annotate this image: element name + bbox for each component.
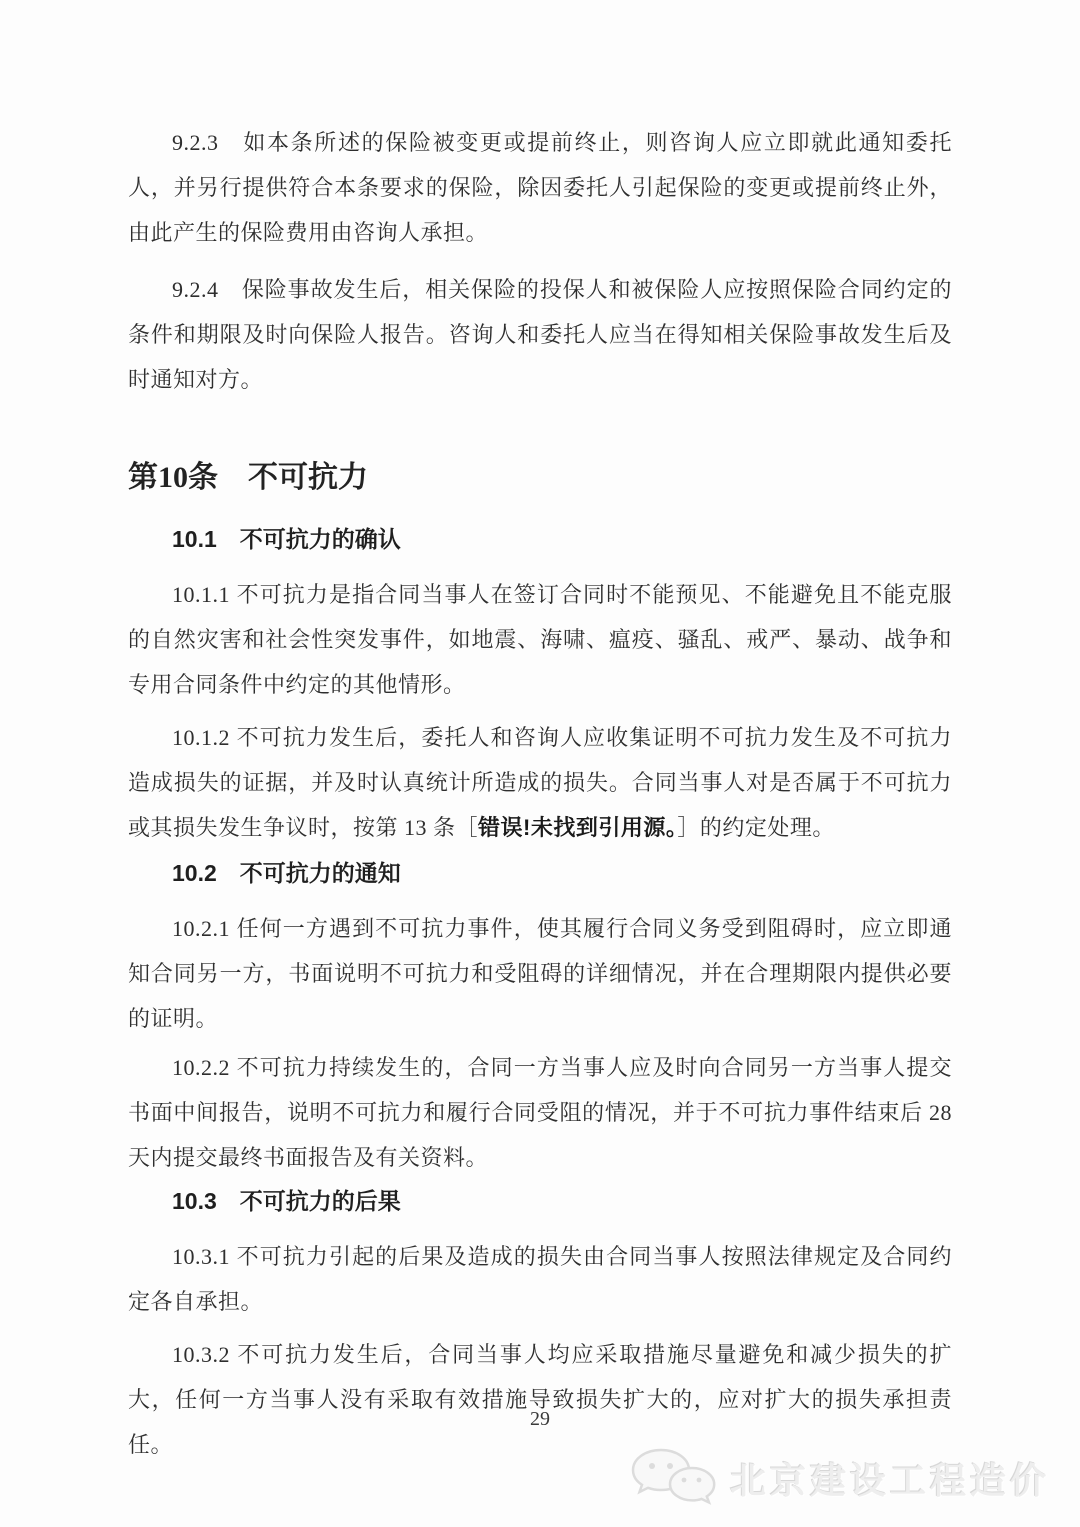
page-number: 29: [0, 1408, 1080, 1431]
paragraph-10-1-1: 10.1.1 不可抗力是指合同当事人在签订合同时不能预见、不能避免且不能克服的自…: [128, 572, 952, 707]
document-content: 9.2.3 如本条所述的保险被变更或提前终止，则咨询人应立即就此通知委托人，并另…: [0, 0, 1080, 1467]
paragraph-10-1-2: 10.1.2 不可抗力发生后，委托人和咨询人应收集证明不可抗力发生及不可抗力造成…: [128, 715, 952, 850]
paragraph-9-2-3: 9.2.3 如本条所述的保险被变更或提前终止，则咨询人应立即就此通知委托人，并另…: [128, 120, 952, 255]
error-reference-text: 错误!未找到引用源。: [478, 815, 677, 840]
watermark-text: 北京建设工程造价: [730, 1453, 1050, 1504]
wechat-icon: [628, 1446, 720, 1510]
section-10-1-heading: 10.1 不可抗力的确认: [172, 524, 952, 554]
paragraph-10-2-2: 10.2.2 不可抗力持续发生的，合同一方当事人应及时向合同另一方当事人提交书面…: [128, 1045, 952, 1180]
section-10-3-heading: 10.3 不可抗力的后果: [172, 1186, 952, 1216]
paragraph-9-2-4: 9.2.4 保险事故发生后，相关保险的投保人和被保险人应按照保险合同约定的条件和…: [128, 267, 952, 402]
watermark: 北京建设工程造价: [628, 1446, 1050, 1510]
document-page: 9.2.3 如本条所述的保险被变更或提前终止，则咨询人应立即就此通知委托人，并另…: [0, 0, 1080, 1527]
clause-10-heading: 第10条 不可抗力: [128, 456, 952, 500]
paragraph-10-2-1: 10.2.1 任何一方遇到不可抗力事件，使其履行合同义务受到阻碍时，应立即通知合…: [128, 906, 952, 1041]
paragraph-10-1-2-tail: ］的约定处理。: [677, 815, 835, 840]
paragraph-10-3-1: 10.3.1 不可抗力引起的后果及造成的损失由合同当事人按照法律规定及合同约定各…: [128, 1234, 952, 1324]
section-10-2-heading: 10.2 不可抗力的通知: [172, 858, 952, 888]
